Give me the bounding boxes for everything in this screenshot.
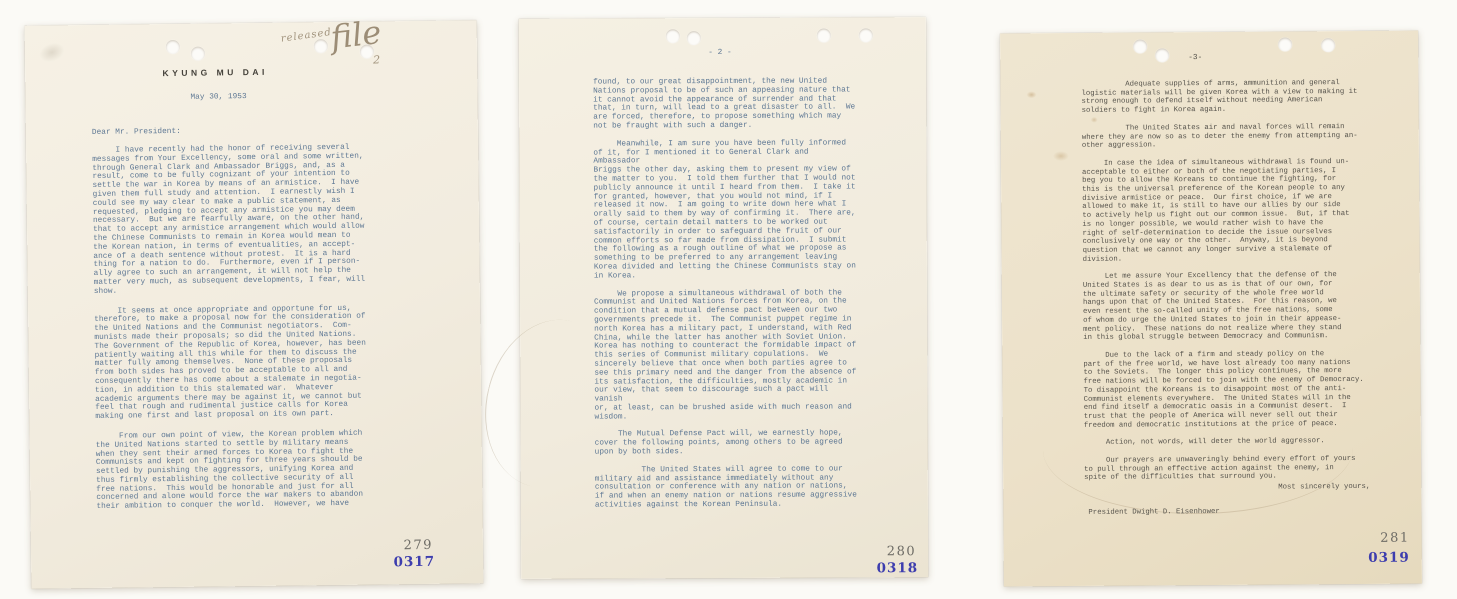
paragraph: The United States will agree to come to … (595, 465, 861, 510)
handwritten-note-file: file (329, 13, 384, 57)
paragraph: Due to the lack of a firm and steady pol… (1083, 350, 1366, 430)
archive-stamp-number: 0319 (1368, 550, 1410, 566)
paragraph: The United States air and naval forces w… (1082, 123, 1364, 151)
punch-hole (817, 29, 831, 43)
foxing-stain (1053, 151, 1069, 161)
catalog-number: 280 (887, 544, 916, 559)
punch-hole (360, 45, 374, 59)
paragraph: Let me assure Your Excellency that the d… (1083, 271, 1365, 343)
punch-hole (1321, 38, 1335, 52)
paragraph: We propose a simultaneous withdrawal of … (594, 289, 861, 422)
paragraph: It seems at once appropriate and opportu… (94, 304, 369, 422)
paragraph: Meanwhile, I am sure you have been fully… (593, 139, 860, 281)
foxing-stain (1026, 91, 1036, 98)
punch-hole (191, 47, 205, 61)
catalog-number: 281 (1380, 531, 1409, 546)
handwritten-note-number: 2 (373, 53, 380, 66)
paragraph: From our own point of view, the Korean p… (96, 430, 371, 513)
page-number-header: -3- (1155, 54, 1235, 63)
paragraph: found, to our great disappointment, the … (593, 77, 859, 131)
typed-body: I have recently had the honor of receivi… (92, 144, 371, 523)
paragraph: Action, not words, will deter the world … (1084, 437, 1366, 448)
punch-hole (687, 31, 701, 45)
typed-body: found, to our great disappointment, the … (593, 77, 861, 519)
letterhead: KYUNG MU DAI (85, 66, 345, 79)
closing: Most sincerely yours, (1278, 483, 1370, 492)
paragraph: I have recently had the honor of receivi… (92, 144, 368, 297)
page-number-header: - 2 - (680, 49, 760, 57)
punch-hole (1133, 39, 1147, 53)
date-line: May 30, 1953 (190, 93, 246, 102)
punch-hole (1278, 37, 1292, 51)
paragraph: The Mutual Defense Pact will, we earnest… (595, 430, 861, 458)
letter-page-2: - 2 - found, to our great disappointment… (519, 17, 928, 579)
salutation: Dear Mr. President: (92, 128, 181, 137)
punch-hole (859, 28, 873, 42)
paragraph: Adequate supplies of arms, ammunition an… (1081, 79, 1363, 116)
archive-stamp-number: 0317 (393, 554, 435, 571)
punch-hole (666, 29, 680, 43)
document-scan-canvas: released file 2 KYUNG MU DAI May 30, 195… (0, 0, 1457, 599)
catalog-number: 279 (404, 538, 434, 553)
punch-hole (166, 40, 180, 54)
letter-page-3: -3- Adequate supplies of arms, ammunitio… (1000, 31, 1422, 587)
paragraph: Our prayers are unwaveringly behind ever… (1084, 455, 1366, 483)
typed-body: Adequate supplies of arms, ammunition an… (1081, 79, 1366, 492)
archive-stamp-number: 0318 (877, 560, 919, 576)
pencil-smudge (37, 39, 68, 65)
signature-line: President Dwight D. Eisenhower (1088, 508, 1219, 517)
punch-hole (314, 39, 328, 53)
paragraph: In case the idea of simultaneous withdra… (1082, 158, 1365, 264)
letter-page-1: released file 2 KYUNG MU DAI May 30, 195… (25, 20, 484, 588)
